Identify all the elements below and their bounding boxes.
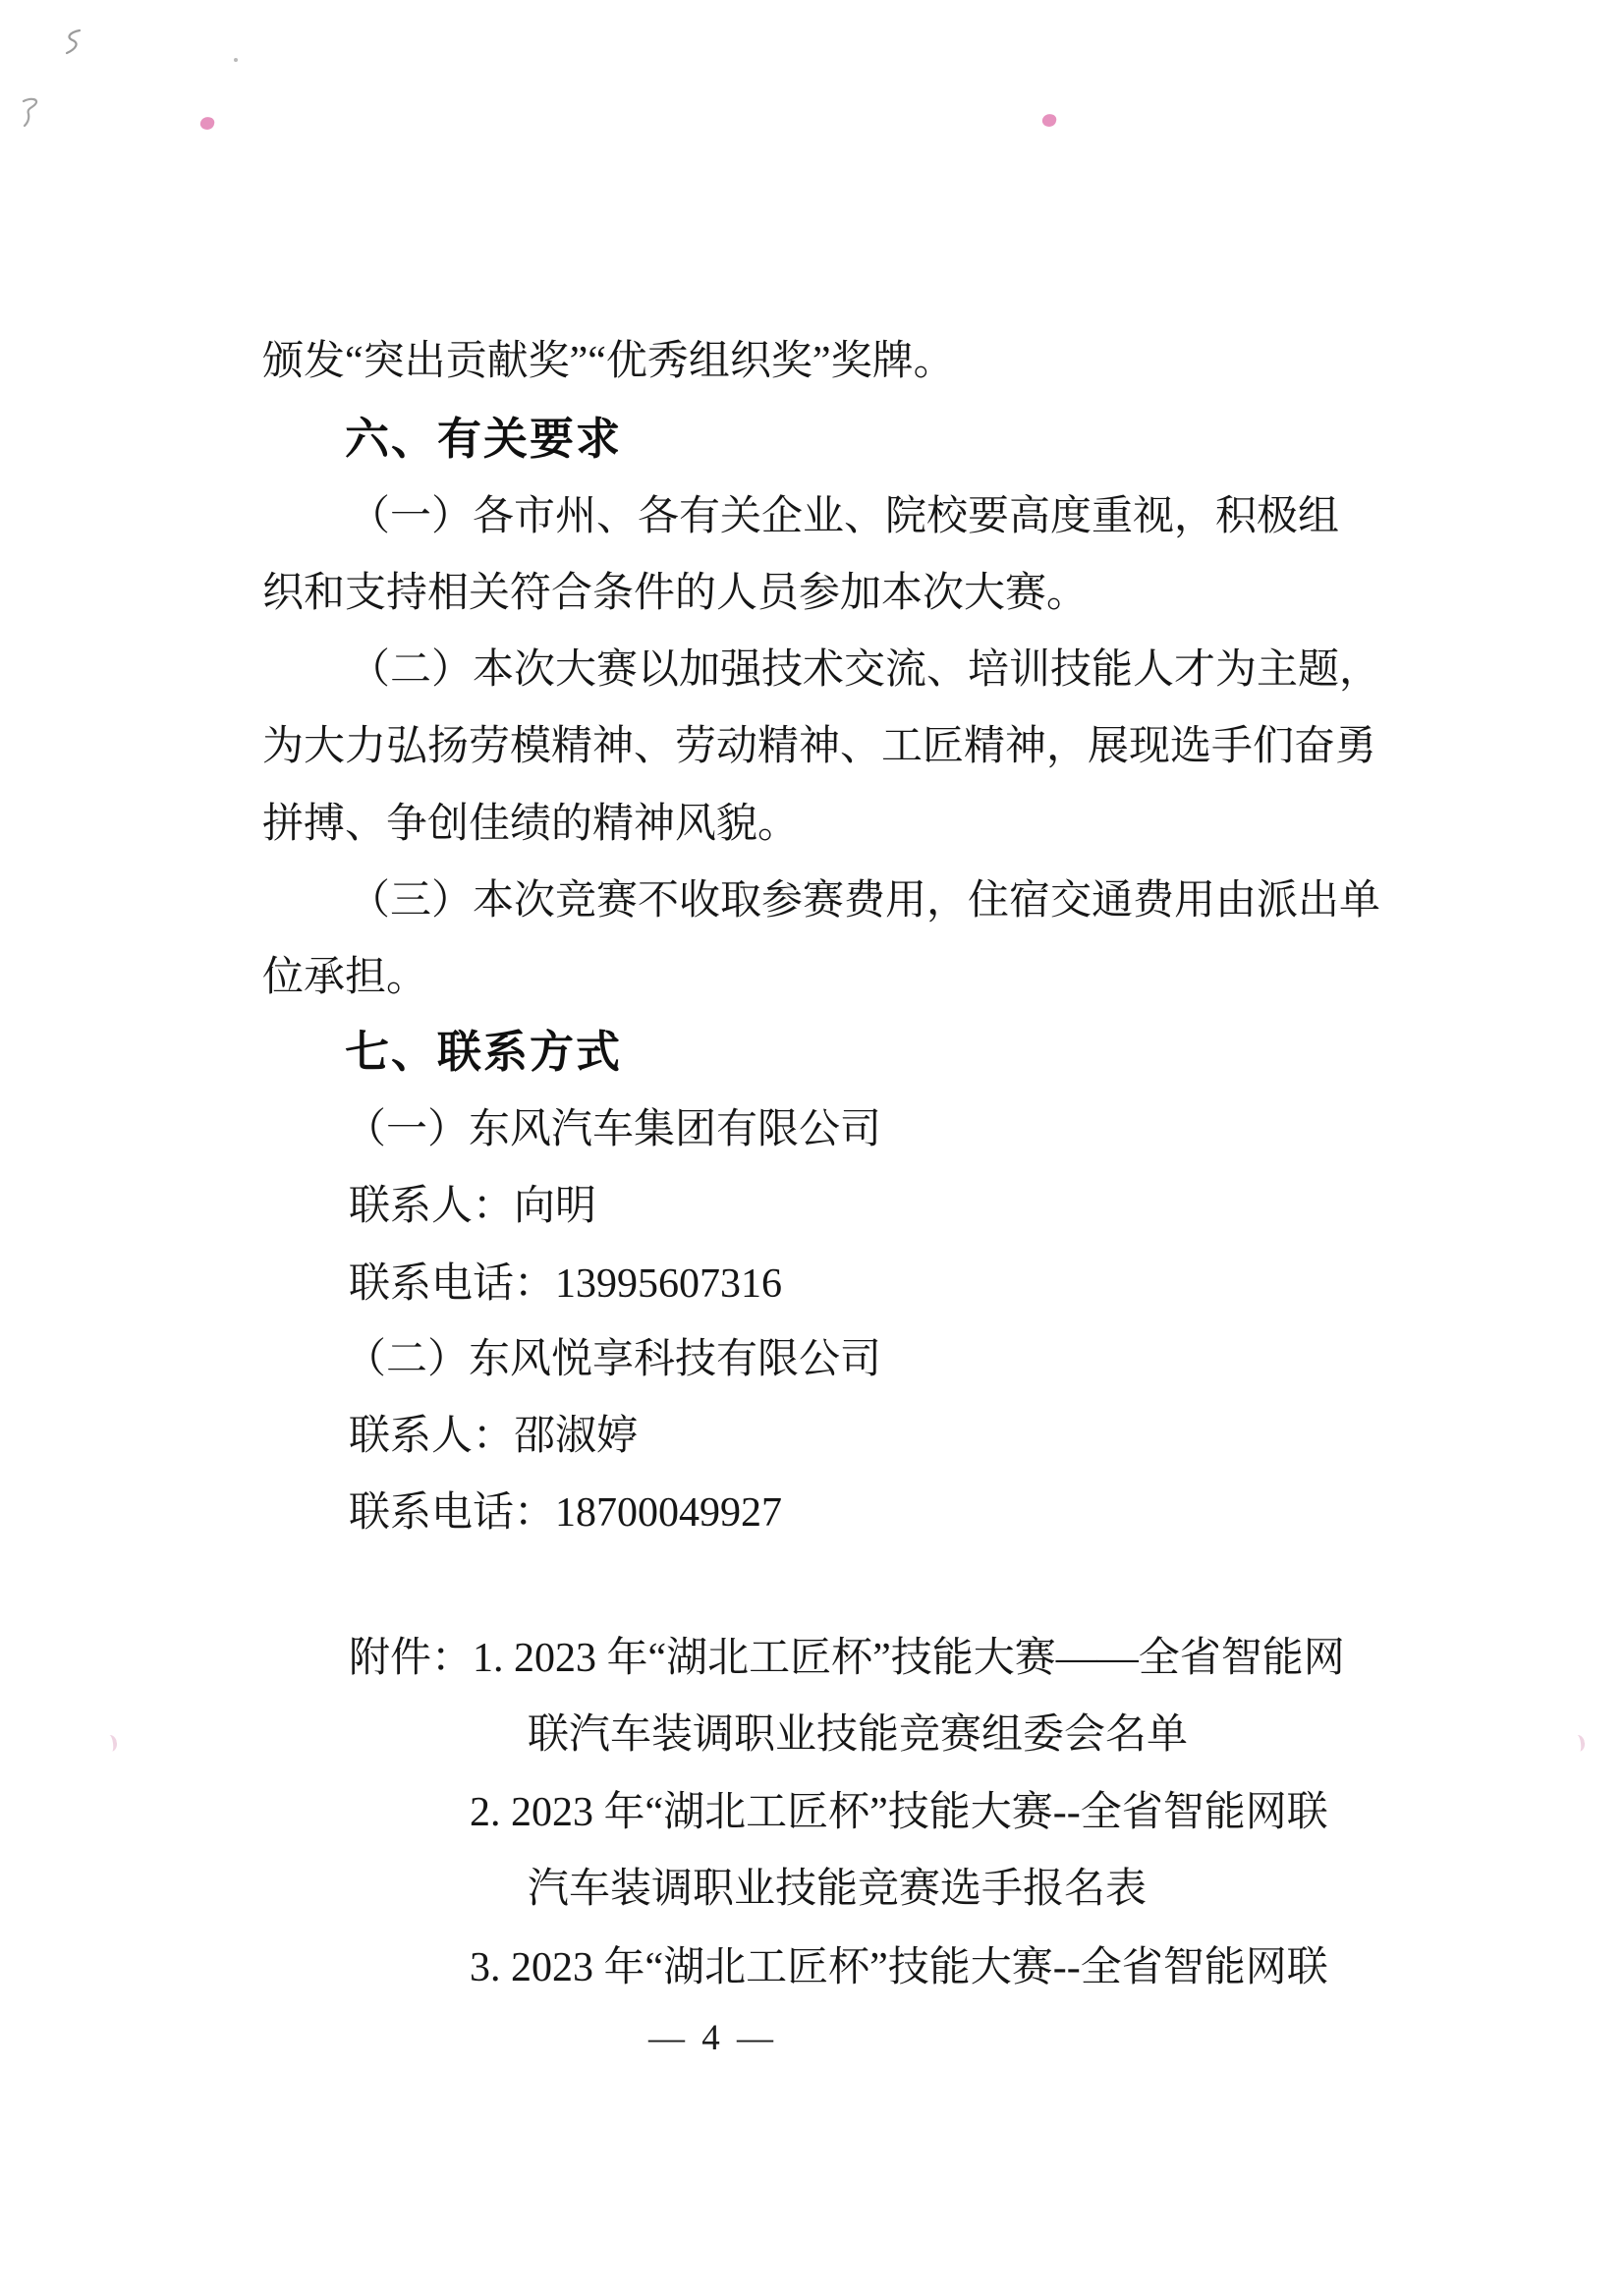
contact-phone-line: 联系电话：13995607316 [349, 1261, 782, 1307]
body-text-line: （二）本次大赛以加强技术交流、培训技能人才为主题， [349, 647, 1380, 693]
scan-pink-speck-faint [1571, 1734, 1586, 1753]
scan-squiggle-artifact [20, 96, 45, 130]
company-line: （二）东风悦享科技有限公司 [345, 1337, 881, 1382]
body-text-line: 织和支持相关符合条件的人员参加本次大赛。 [262, 571, 1088, 616]
body-text-line: 拼搏、争创佳绩的精神风貌。 [262, 802, 799, 847]
attachment-continuation-line: 汽车装调职业技能竞赛选手报名表 [528, 1867, 1147, 1912]
scan-dot-artifact [234, 58, 238, 62]
company-line: （一）东风汽车集团有限公司 [345, 1107, 881, 1152]
attachment-item-line: 3. 2023 年“湖北工匠杯”技能大赛--全省智能网联 [470, 1945, 1328, 1990]
body-text-line: 为大力弘扬劳模精神、劳动精神、工匠精神，展现选手们奋勇 [262, 724, 1376, 769]
scan-squiggle-artifact [61, 28, 86, 57]
attachment-continuation-line: 联汽车装调职业技能竞赛组委会名单 [528, 1712, 1188, 1758]
body-text-line: 颁发“突出贡献奖”“优秀组织奖”奖牌。 [262, 339, 955, 384]
attachment-item-line: 附件：1. 2023 年“湖北工匠杯”技能大赛——全省智能网 [349, 1636, 1345, 1681]
attachment-item-line: 2. 2023 年“湖北工匠杯”技能大赛--全省智能网联 [470, 1790, 1328, 1835]
contact-name-line: 联系人：向明 [349, 1184, 596, 1229]
scan-pink-speck [1041, 113, 1057, 129]
body-text-line: 位承担。 [262, 955, 427, 1000]
contact-phone-line: 联系电话：18700049927 [349, 1490, 782, 1536]
body-text-line: （三）本次竞赛不收取参赛费用，住宿交通费用由派出单 [349, 878, 1380, 924]
scan-pink-speck [199, 116, 215, 132]
body-text-line: （一）各市州、各有关企业、院校要高度重视，积极组 [349, 494, 1339, 539]
scanned-document-page: 颁发“突出贡献奖”“优秀组织奖”奖牌。 六、有关要求 （一）各市州、各有关企业、… [0, 0, 1624, 2295]
page-number: — 4 — [648, 2016, 777, 2061]
scan-pink-speck-faint [103, 1734, 118, 1753]
contact-name-line: 联系人：邵淑婷 [349, 1414, 638, 1459]
section-heading-contact: 七、联系方式 [345, 1030, 622, 1075]
section-heading-requirements: 六、有关要求 [345, 417, 622, 462]
